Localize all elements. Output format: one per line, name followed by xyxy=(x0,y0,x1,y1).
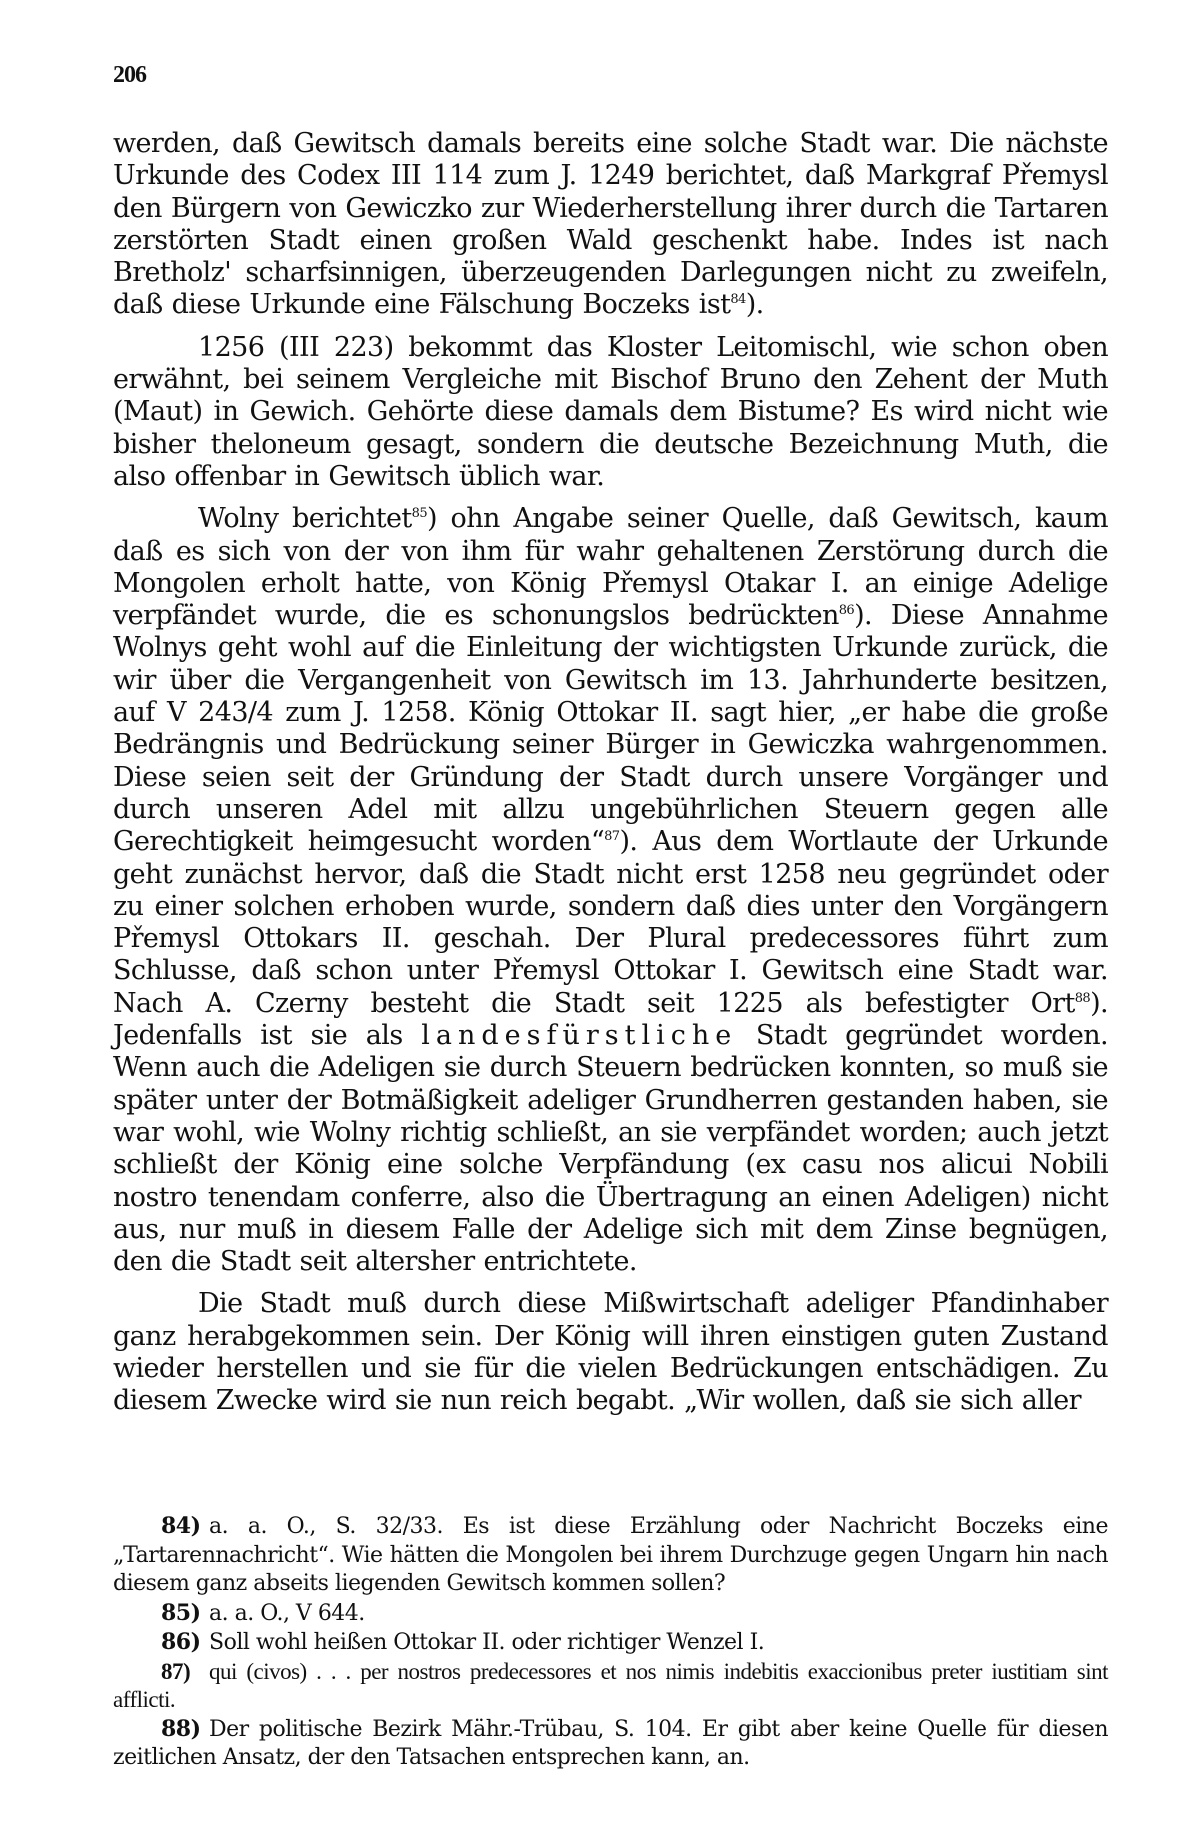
footnote-marker: 86) xyxy=(161,1628,209,1657)
main-text: werden, daß Gewitsch damals bereits eine… xyxy=(113,128,1108,1418)
footnote-marker: 85) xyxy=(161,1599,209,1628)
footnote-ref-86[interactable]: 86 xyxy=(839,603,854,618)
footnote-text: Der politische Bezirk Mähr.-Trübau, S. 1… xyxy=(113,1717,1108,1771)
paragraph-1: werden, daß Gewitsch damals bereits eine… xyxy=(113,128,1108,322)
footnote-text: a. a. O., V 644. xyxy=(209,1601,365,1626)
paragraph-text: Die Stadt muß durch diese Mißwirtschaft … xyxy=(113,1288,1108,1416)
footnote-text: Soll wohl heißen Ottokar II. oder richti… xyxy=(209,1630,764,1655)
paragraph-2: 1256 (III 223) bekommt das Kloster Leito… xyxy=(113,332,1108,493)
paragraph-3: Wolny berichtet85) ohn Angabe seiner Que… xyxy=(113,503,1108,1278)
paragraph-text: ). Diese Annahme Wolnys geht wohl auf di… xyxy=(113,600,1108,857)
footnote-marker: 87) xyxy=(161,1658,209,1687)
footnote-ref-88[interactable]: 88 xyxy=(1075,991,1090,1006)
paragraph-4: Die Stadt muß durch diese Mißwirtschaft … xyxy=(113,1288,1108,1417)
footnote-text: qui (civos) . . . per nostros predecesso… xyxy=(113,1659,1108,1713)
footnote-84: 84)a. a. O., S. 32/33. Es ist diese Erzä… xyxy=(113,1512,1108,1599)
footnote-text: a. a. O., S. 32/33. Es ist diese Erzählu… xyxy=(113,1514,1108,1596)
paragraph-text: Wolny berichtet xyxy=(198,503,412,534)
footnote-marker: 84) xyxy=(161,1512,209,1541)
spaced-emphasis: landesfürstliche xyxy=(421,1020,737,1051)
footnote-ref-84[interactable]: 84 xyxy=(730,292,745,307)
footnotes: 84)a. a. O., S. 32/33. Es ist diese Erzä… xyxy=(113,1512,1108,1773)
page-number: 206 xyxy=(113,62,146,89)
footnote-86: 86)Soll wohl heißen Ottokar II. oder ric… xyxy=(113,1628,1108,1658)
footnote-marker: 88) xyxy=(161,1715,209,1744)
footnote-88: 88)Der politische Bezirk Mähr.-Trübau, S… xyxy=(113,1715,1108,1773)
footnote-87: 87)qui (civos) . . . per nostros predece… xyxy=(113,1658,1108,1715)
paragraph-text: 1256 (III 223) bekommt das Kloster Leito… xyxy=(113,332,1108,492)
paragraph-tail: ). xyxy=(746,289,764,320)
footnote-85: 85)a. a. O., V 644. xyxy=(113,1599,1108,1629)
footnote-ref-85[interactable]: 85 xyxy=(412,506,427,521)
paragraph-text: Stadt gegründet worden. Wenn auch die Ad… xyxy=(113,1020,1108,1277)
footnote-ref-87[interactable]: 87 xyxy=(604,829,619,844)
paragraph-text: werden, daß Gewitsch damals bereits eine… xyxy=(113,128,1108,320)
